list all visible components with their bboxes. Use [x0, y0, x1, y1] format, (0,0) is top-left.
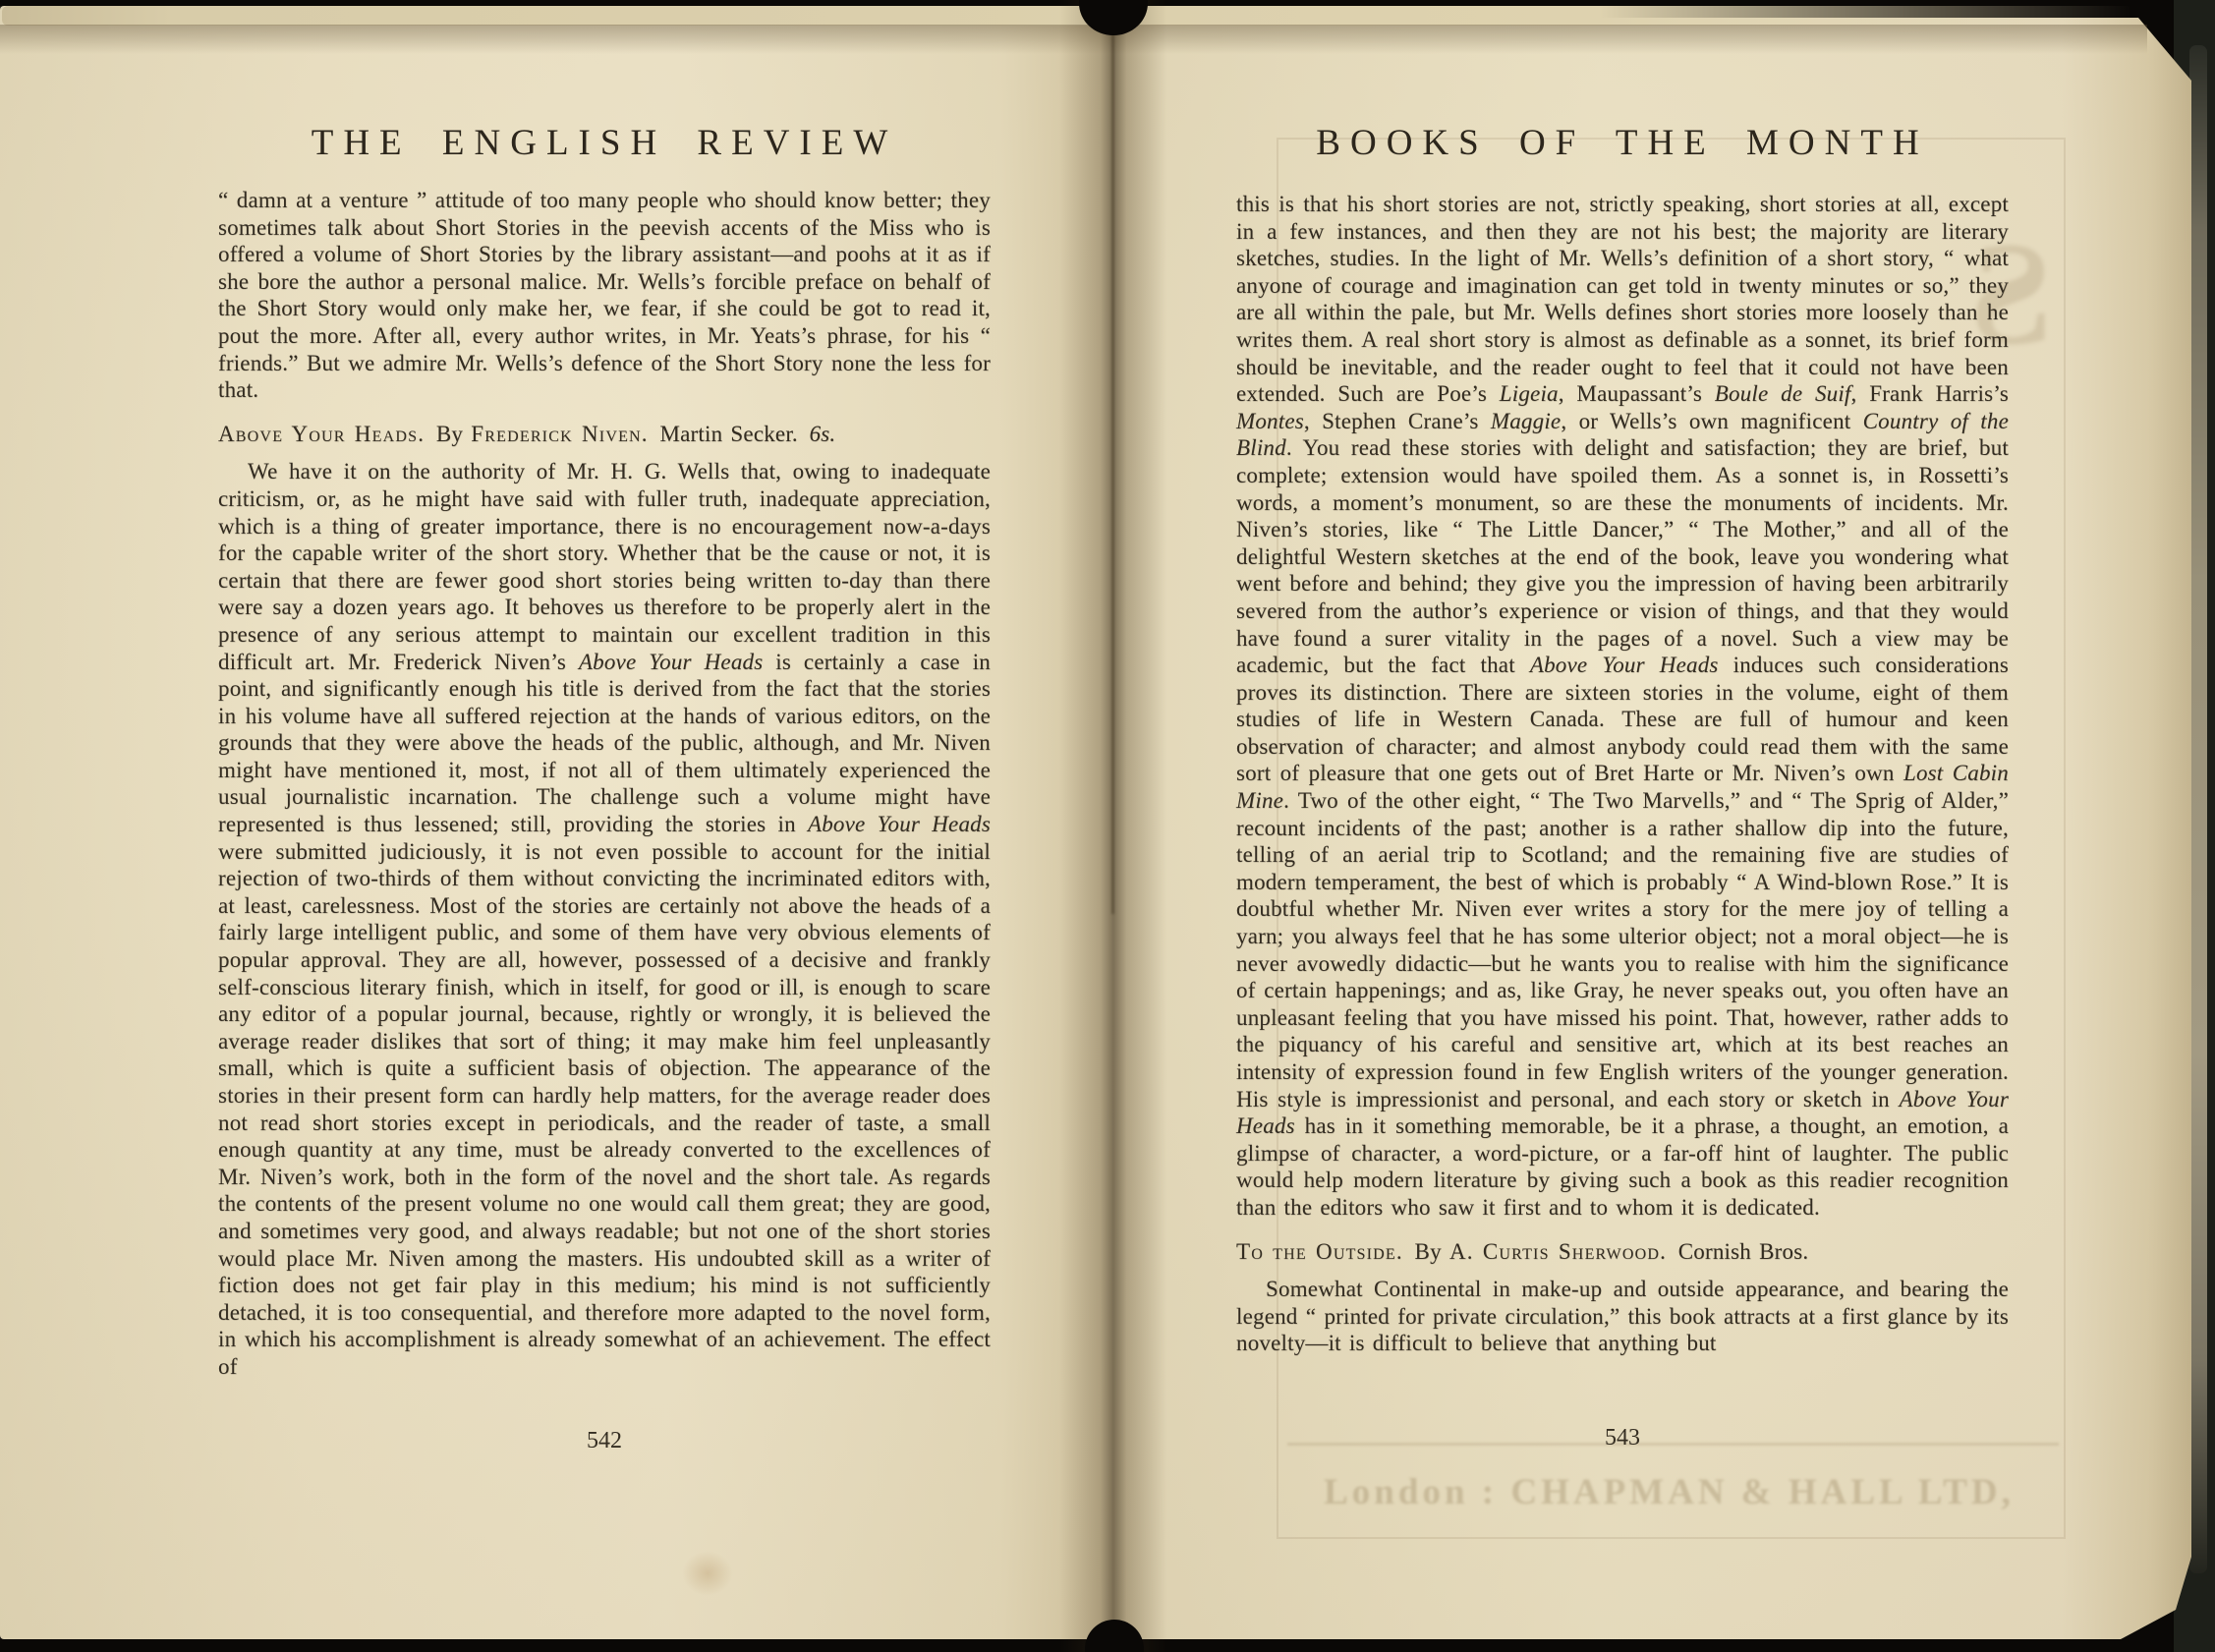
- right-page-text: this is that his short stories are not, …: [1236, 191, 2009, 1357]
- paper-stain: [682, 1551, 733, 1596]
- right-page: S London : CHAPMAN & HALL LTD, BOOKS OF …: [1111, 18, 2191, 1639]
- bleedthrough-publisher-line: London : CHAPMAN & HALL LTD,: [1277, 1471, 2062, 1513]
- continuation-paragraph: this is that his short stories are not, …: [1236, 191, 2009, 1222]
- open-book-photo: THE ENGLISH REVIEW “ damn at a venture ”…: [0, 0, 2215, 1652]
- left-page-number: 542: [218, 1428, 991, 1454]
- left-page-text: “ damn at a venture ” attitude of too ma…: [218, 187, 991, 1381]
- right-running-header: BOOKS OF THE MONTH: [1236, 122, 2009, 164]
- page-stack-edge: [2189, 45, 2207, 1573]
- right-page-number: 543: [1236, 1425, 2009, 1452]
- review-heading-above-your-heads: Above Your Heads. By Frederick Niven. Ma…: [218, 421, 991, 448]
- gutter-crease: [1111, 0, 1114, 914]
- left-running-header: THE ENGLISH REVIEW: [218, 122, 991, 164]
- review-paragraph: We have it on the authority of Mr. H. G.…: [218, 458, 991, 1380]
- intro-paragraph: “ damn at a venture ” attitude of too ma…: [218, 187, 991, 404]
- left-page: THE ENGLISH REVIEW “ damn at a venture ”…: [0, 6, 1111, 1639]
- closing-paragraph: Somewhat Continental in make-up and outs…: [1236, 1276, 2009, 1357]
- review-heading-to-the-outside: To the Outside. By A. Curtis Sherwood. C…: [1236, 1238, 2009, 1266]
